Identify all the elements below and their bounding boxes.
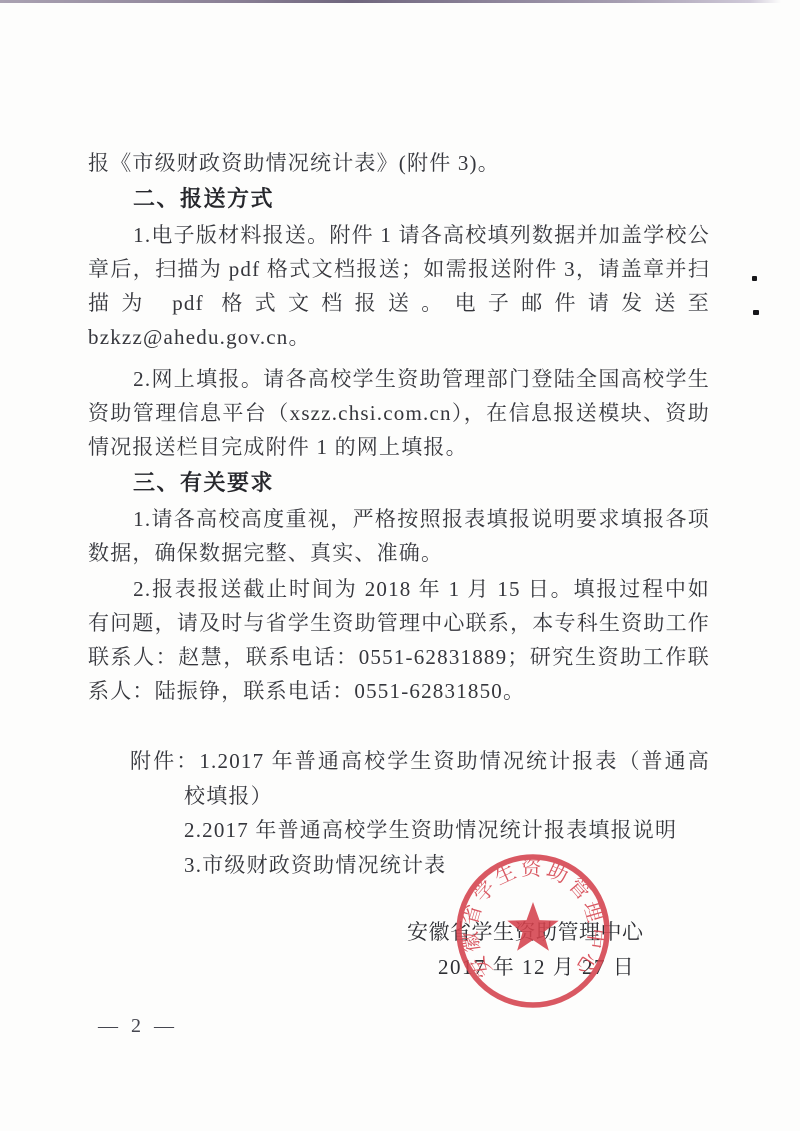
scan-speck-artifact: [753, 310, 759, 315]
section-heading-requirements: 三、有关要求: [88, 466, 710, 500]
attachment-item-1-text: 1.2017 年普通高校学生资助情况统计报表（普通高校填报）: [184, 749, 710, 808]
attachment-item-2: 2.2017 年普通高校学生资助情况统计报表填报说明: [184, 813, 710, 848]
paragraph-online-filing: 2.网上填报。请各高校学生资助管理部门登陆全国高校学生资助管理信息平台（xszz…: [88, 362, 710, 464]
attachments-label: 附件：: [130, 749, 199, 773]
signature-organization: 安徽省学生资助管理中心: [407, 916, 644, 946]
paragraph-deadline-contacts: 2.报表报送截止时间为 2018 年 1 月 15 日。填报过程中如有问题，请及…: [88, 572, 710, 708]
scanned-document-page: 报《市级财政资助情况统计表》(附件 3)。 二、报送方式 1.电子版材料报送。附…: [0, 0, 800, 1131]
paragraph-requirement-accuracy: 1.请各高校高度重视，严格按照报表填报说明要求填报各项数据，确保数据完整、真实、…: [88, 502, 710, 570]
attachment-item-3: 3.市级财政资助情况统计表: [184, 848, 710, 883]
scan-speck-artifact: [752, 276, 757, 281]
scan-edge-artifact: [0, 0, 781, 3]
signature-date: 2017 年 12 月 27 日: [438, 951, 635, 981]
paragraph-electronic-submission: 1.电子版材料报送。附件 1 请各高校填列数据并加盖学校公章后，扫描为 pdf …: [88, 218, 710, 354]
attachment-item-1: 附件：1.2017 年普通高校学生资助情况统计报表（普通高校填报）: [130, 744, 710, 813]
section-heading-submission-method: 二、报送方式: [88, 182, 710, 216]
attachments-list: 附件：1.2017 年普通高校学生资助情况统计报表（普通高校填报） 2.2017…: [130, 744, 710, 882]
page-number: — 2 —: [98, 1015, 178, 1038]
paragraph-intro-continuation: 报《市级财政资助情况统计表》(附件 3)。: [88, 146, 710, 180]
document-body: 报《市级财政资助情况统计表》(附件 3)。 二、报送方式 1.电子版材料报送。附…: [88, 146, 710, 882]
